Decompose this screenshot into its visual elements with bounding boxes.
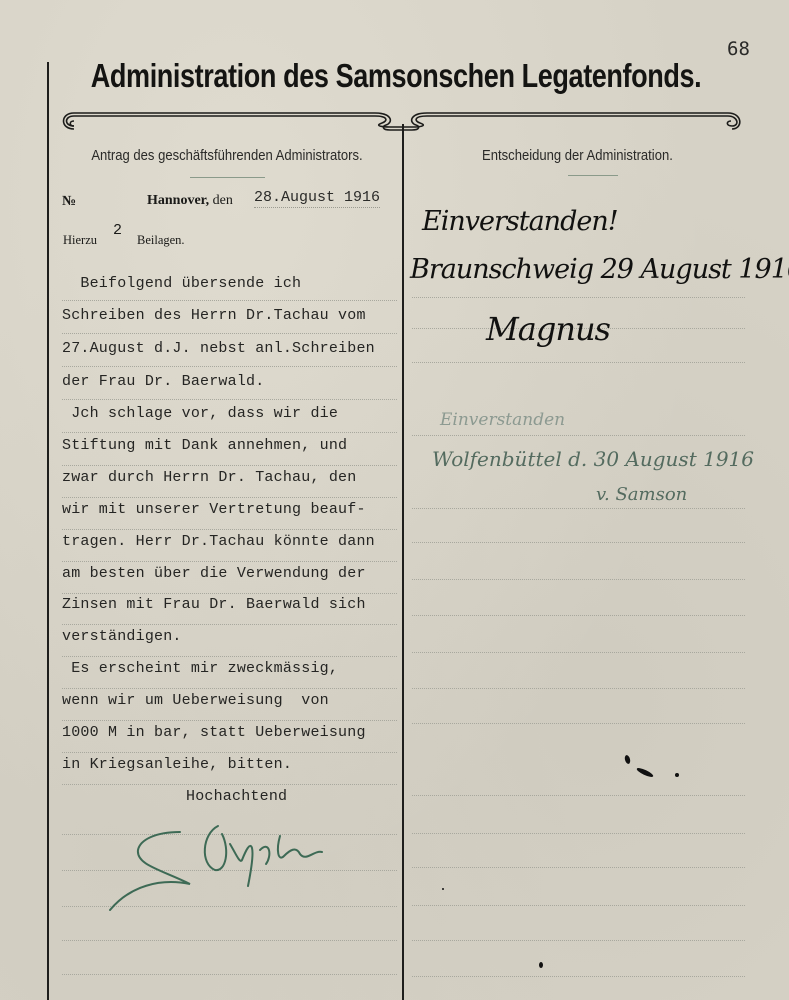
ruled-line <box>412 542 745 543</box>
ruled-line <box>62 399 397 400</box>
body-line: in Kriegsanleihe, bitten. <box>62 756 292 773</box>
left-margin-rule <box>47 62 49 1000</box>
ruled-line <box>62 720 397 721</box>
right-column-header: Entscheidung der Administration. <box>422 148 733 164</box>
ruled-line <box>62 300 397 301</box>
ruled-line <box>412 435 745 436</box>
ruled-line <box>62 529 397 530</box>
application-date: 28.August 1916 <box>254 189 380 208</box>
ruled-line <box>62 465 397 466</box>
body-line: verständigen. <box>62 628 182 645</box>
ruled-line <box>62 593 397 594</box>
ruled-line <box>412 579 745 580</box>
ruled-line <box>62 974 397 975</box>
page-number: 68 <box>727 38 750 60</box>
body-line: der Frau Dr. Baerwald. <box>62 373 264 390</box>
den-label: den <box>213 193 233 208</box>
ink-spot <box>636 766 654 778</box>
ink-spot <box>624 755 631 765</box>
ruled-line <box>62 333 397 334</box>
ink-spot <box>442 888 444 890</box>
decision-place-date: Braunschweig 29 August 1916 <box>410 254 789 285</box>
ruled-line <box>412 615 745 616</box>
decision-approval-text: Einverstanden! <box>422 206 618 237</box>
body-line: 1000 M in bar, statt Ueberweisung <box>62 724 366 741</box>
number-label: № <box>62 194 76 210</box>
ruled-line <box>412 795 745 796</box>
body-line: Es erscheint mir zweckmässig, <box>62 660 338 677</box>
ornamental-divider <box>60 110 745 134</box>
ruled-line <box>412 833 745 834</box>
hierzu-label: Hierzu <box>63 233 97 248</box>
enclosure-count: 2 <box>113 222 122 239</box>
body-line: Jch schlage vor, dass wir die <box>62 405 338 422</box>
right-header-underline <box>568 175 618 176</box>
ruled-line <box>62 624 397 625</box>
left-column-header: Antrag des geschäftsführenden Administra… <box>61 148 394 164</box>
body-line: Schreiben des Herrn Dr.Tachau vom <box>62 307 366 324</box>
body-line: wenn wir um Ueberweisung von <box>62 692 329 709</box>
ruled-line <box>412 867 745 868</box>
document-title: Administration des Samsonschen Legatenfo… <box>73 57 720 95</box>
body-line: Stiftung mit Dank annehmen, und <box>62 437 347 454</box>
ruled-line <box>412 652 745 653</box>
ruled-line <box>412 362 745 363</box>
applicant-signature <box>100 820 380 915</box>
ruled-line <box>62 940 397 941</box>
place-label: Hannover, den <box>147 193 233 209</box>
ruled-line <box>412 905 745 906</box>
ruled-line <box>412 723 745 724</box>
decision-approval-text-2: Einverstanden <box>440 410 565 430</box>
beilagen-label: Beilagen. <box>137 233 185 248</box>
ruled-line <box>62 366 397 367</box>
body-line: am besten über die Verwendung der <box>62 565 366 582</box>
body-line: 27.August d.J. nebst anl.Schreiben <box>62 340 375 357</box>
ruled-line <box>412 508 745 509</box>
decision-signature-2: v. Samson <box>596 484 687 505</box>
ruled-line <box>62 752 397 753</box>
ruled-line <box>62 561 397 562</box>
decision-signature: Magnus <box>486 310 610 348</box>
ruled-line <box>62 497 397 498</box>
ink-spot <box>675 773 679 777</box>
ruled-line <box>412 297 745 298</box>
city-name: Hannover, <box>147 193 209 208</box>
ruled-line <box>412 940 745 941</box>
left-header-underline <box>190 177 265 178</box>
body-line: tragen. Herr Dr.Tachau könnte dann <box>62 533 375 550</box>
ruled-line <box>62 688 397 689</box>
ruled-line <box>62 432 397 433</box>
decision-place-date-2: Wolfenbüttel d. 30 August 1916 <box>432 447 754 471</box>
closing-line: Hochachtend <box>186 788 287 805</box>
column-divider-rule <box>402 124 404 1000</box>
ruled-line <box>412 688 745 689</box>
body-line: zwar durch Herrn Dr. Tachau, den <box>62 469 356 486</box>
body-line: Beifolgend übersende ich <box>62 275 301 292</box>
body-line: wir mit unserer Vertretung beauf- <box>62 501 366 518</box>
ruled-line <box>62 784 397 785</box>
ink-spot <box>539 962 543 968</box>
ruled-line <box>62 656 397 657</box>
ruled-line <box>412 976 745 977</box>
body-line: Zinsen mit Frau Dr. Baerwald sich <box>62 596 366 613</box>
